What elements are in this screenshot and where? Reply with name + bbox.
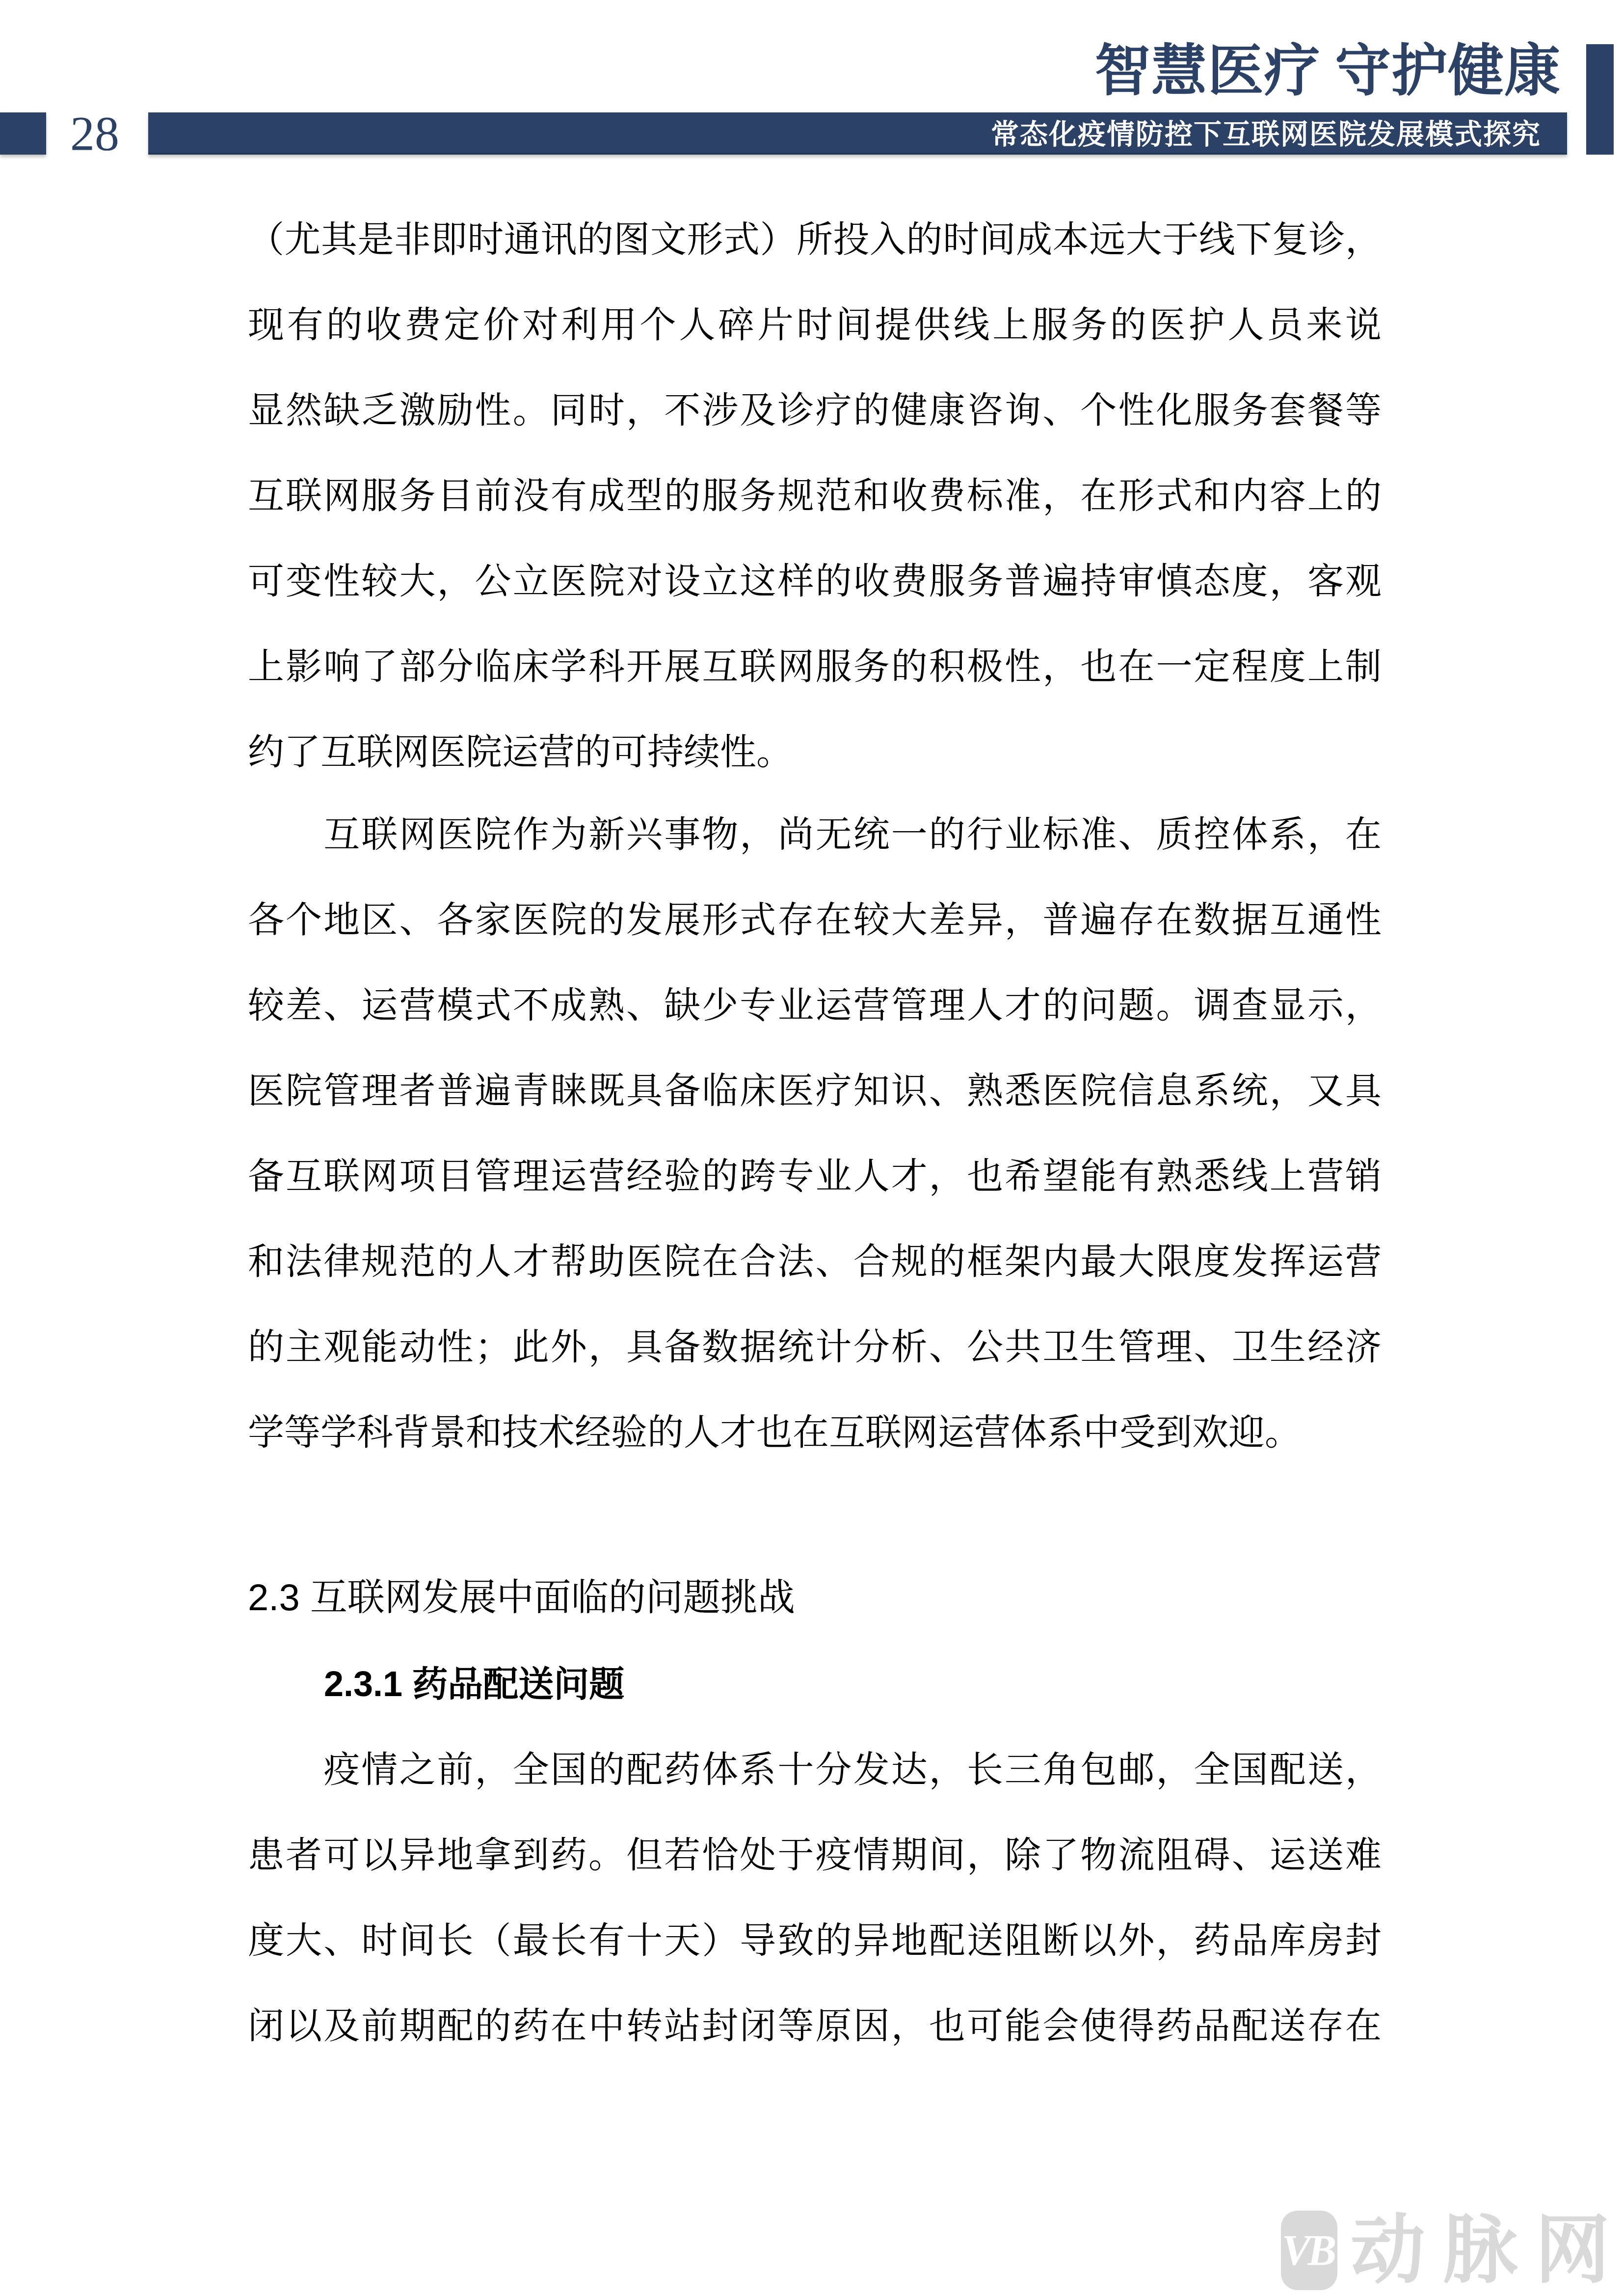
- text-line: 互联网医院作为新兴事物，尚无统一的行业标准、质控体系，在: [248, 792, 1382, 877]
- document-page: 28 智慧医疗 守护健康 常态化疫情防控下互联网医院发展模式探究 （尤其是非即时…: [0, 0, 1623, 2296]
- watermark-brand-text: 动脉网: [1351, 2213, 1623, 2288]
- page-number: 28: [58, 112, 132, 155]
- sub-section-heading: 2.3.1 药品配送问题: [324, 1642, 1404, 1727]
- text-line: 可变性较大，公立医院对设立这样的收费服务普遍持审慎态度，客观: [248, 539, 1382, 624]
- text-line: 约了互联网医院运营的可持续性。: [248, 709, 1382, 795]
- text-line: 备互联网项目管理运营经验的跨专业人才，也希望能有熟悉线上营销: [248, 1134, 1382, 1219]
- text-line: 显然缺乏激励性。同时，不涉及诊疗的健康咨询、个性化服务套餐等: [248, 368, 1382, 453]
- header-subtitle-bar: 常态化疫情防控下互联网医院发展模式探究: [148, 112, 1567, 155]
- text-line: 的主观能动性；此外，具备数据统计分析、公共卫生管理、卫生经济: [248, 1304, 1382, 1390]
- text-line: 各个地区、各家医院的发展形式存在较大差异，普遍存在数据互通性: [248, 877, 1382, 963]
- header-subtitle: 常态化疫情防控下互联网医院发展模式探究: [991, 112, 1567, 155]
- text-line: 闭以及前期配的药在中转站封闭等原因，也可能会使得药品配送存在: [248, 1983, 1382, 2069]
- text-line: 疫情之前，全国的配药体系十分发达，长三角包邮，全国配送，: [248, 1727, 1382, 1812]
- text-line: 上影响了部分临床学科开展互联网服务的积极性，也在一定程度上制: [248, 624, 1382, 709]
- text-line: 较差、运营模式不成熟、缺少专业运营管理人才的问题。调查显示，: [248, 963, 1382, 1048]
- text-line: 医院管理者普遍青睐既具备临床医疗知识、熟悉医院信息系统，又具: [248, 1048, 1382, 1134]
- paragraph-2: 互联网医院作为新兴事物，尚无统一的行业标准、质控体系，在各个地区、各家医院的发展…: [248, 792, 1382, 1475]
- vb-logo-icon: VB: [1281, 2211, 1337, 2290]
- watermark: VB 动脉网: [1281, 2211, 1623, 2291]
- header-right-accent-bar: [1586, 44, 1614, 155]
- section-heading: 2.3 互联网发展中面临的问题挑战: [248, 1555, 1382, 1641]
- text-line: 度大、时间长（最长有十天）导致的异地配送阻断以外，药品库房封: [248, 1898, 1382, 1983]
- paragraph-1: （尤其是非即时通讯的图文形式）所投入的时间成本远大于线下复诊，现有的收费定价对利…: [248, 197, 1382, 795]
- text-line: （尤其是非即时通讯的图文形式）所投入的时间成本远大于线下复诊，: [248, 197, 1382, 282]
- text-line: 学等学科背景和技术经验的人才也在互联网运营体系中受到欢迎。: [248, 1390, 1382, 1475]
- text-line: 现有的收费定价对利用个人碎片时间提供线上服务的医护人员来说: [248, 282, 1382, 368]
- paragraph-3: 疫情之前，全国的配药体系十分发达，长三角包邮，全国配送，患者可以异地拿到药。但若…: [248, 1727, 1382, 2069]
- text-line: 和法律规范的人才帮助医院在合法、合规的框架内最大限度发挥运营: [248, 1219, 1382, 1304]
- text-line: 患者可以异地拿到药。但若恰处于疫情期间，除了物流阻碍、运送难: [248, 1812, 1382, 1898]
- header-left-accent-square: [0, 112, 46, 155]
- text-line: 互联网服务目前没有成型的服务规范和收费标准，在形式和内容上的: [248, 453, 1382, 539]
- vb-logo-letters: VB: [1282, 2226, 1336, 2275]
- header-title: 智慧医疗 守护健康: [1094, 42, 1561, 100]
